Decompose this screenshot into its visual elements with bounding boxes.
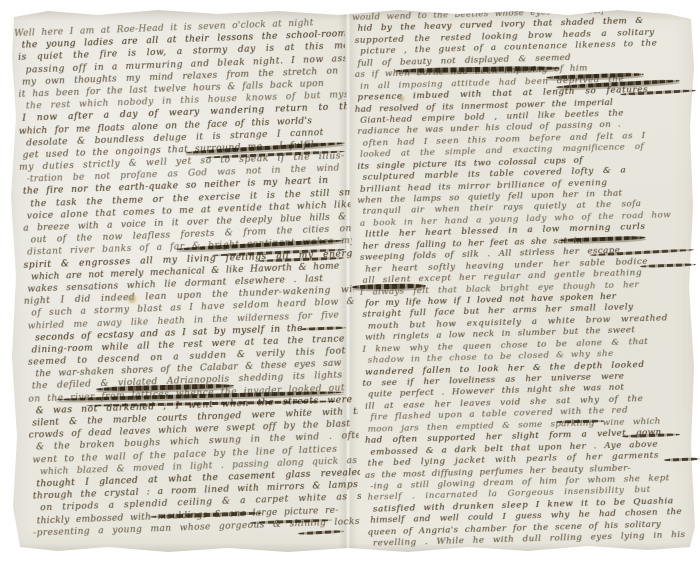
manuscript-photo: Well here I am at Roe-Head it is seven o… [0, 0, 700, 561]
manuscript-page-right: would wend to the beetles whose eyes wer… [352, 3, 700, 557]
manuscript-page-left: Well here I am at Roe-Head it is seven o… [14, 16, 362, 549]
manuscript-paper: Well here I am at Roe-Head it is seven o… [8, 7, 696, 553]
